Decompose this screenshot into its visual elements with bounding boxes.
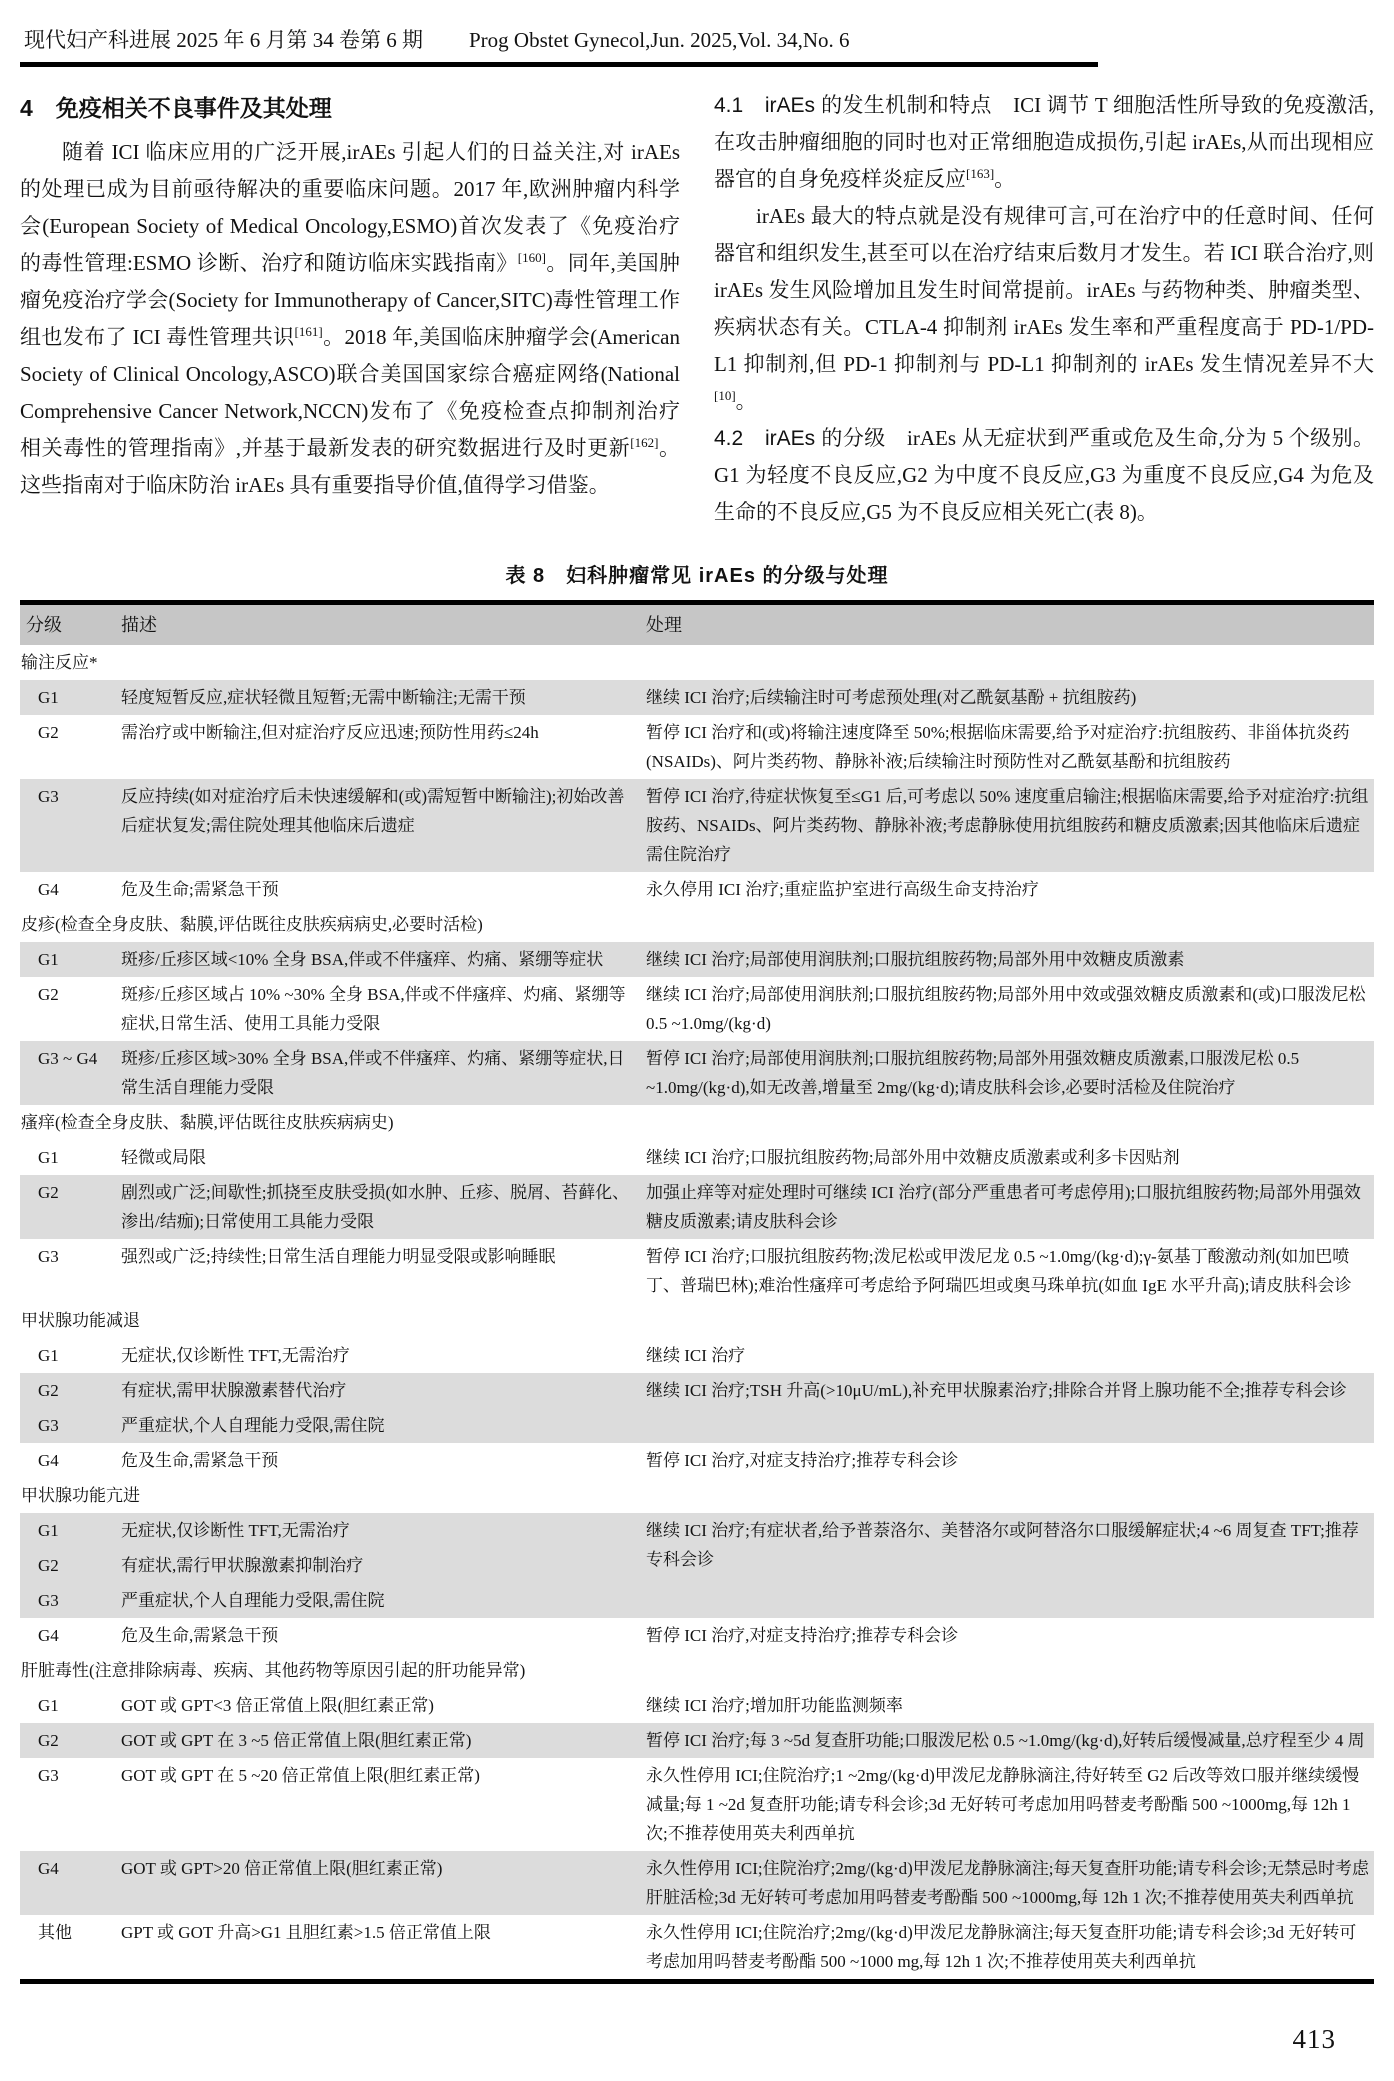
grade-cell: G3 xyxy=(20,1758,115,1851)
section-title: 皮疹(检查全身皮肤、黏膜,评估既往皮肤疾病病史,必要时活检) xyxy=(20,907,1374,942)
section-title: 甲状腺功能亢进 xyxy=(20,1478,1374,1513)
grade-row: G3强烈或广泛;持续性;日常生活自理能力明显受限或影响睡眠暂停 ICI 治疗;口… xyxy=(20,1239,1374,1303)
inline-heading: 4.1 irAEs 的发生机制和特点 xyxy=(714,94,992,117)
description-cell: 有症状,需甲状腺激素替代治疗 xyxy=(115,1373,640,1408)
journal-title-en: Prog Obstet Gynecol,Jun. 2025,Vol. 34,No… xyxy=(469,28,850,53)
citation-ref: [10] xyxy=(714,388,736,403)
running-header: 现代妇产科进展 2025 年 6 月第 34 卷第 6 期 Prog Obste… xyxy=(20,24,1374,54)
description-cell: 危及生命,需紧急干预 xyxy=(115,1618,640,1653)
description-cell: GOT 或 GPT<3 倍正常值上限(胆红素正常) xyxy=(115,1688,640,1723)
grade-cell: G1 xyxy=(20,942,115,977)
description-cell: 有症状,需行甲状腺激素抑制治疗 xyxy=(115,1548,640,1583)
grade-row: G2剧烈或广泛;间歇性;抓挠至皮肤受损(如水肿、丘疹、脱屑、苔藓化、渗出/结痂)… xyxy=(20,1175,1374,1239)
grade-row: G4危及生命,需紧急干预暂停 ICI 治疗,对症支持治疗;推荐专科会诊 xyxy=(20,1443,1374,1478)
column-header: 描述 xyxy=(115,603,640,646)
treatment-cell: 永久停用 ICI 治疗;重症监护室进行高级生命支持治疗 xyxy=(640,872,1374,907)
treatment-cell: 继续 ICI 治疗;局部使用润肤剂;口服抗组胺药物;局部外用中效糖皮质激素 xyxy=(640,942,1374,977)
grade-cell: G1 xyxy=(20,1688,115,1723)
grade-cell: G2 xyxy=(20,1548,115,1583)
grade-cell: G2 xyxy=(20,977,115,1041)
header-rule xyxy=(20,62,1098,67)
description-cell: 危及生命;需紧急干预 xyxy=(115,872,640,907)
treatment-cell: 暂停 ICI 治疗,对症支持治疗;推荐专科会诊 xyxy=(640,1618,1374,1653)
section-row: 皮疹(检查全身皮肤、黏膜,评估既往皮肤疾病病史,必要时活检) xyxy=(20,907,1374,942)
left-column: 4 免疫相关不良事件及其处理随着 ICI 临床应用的广泛开展,irAEs 引起人… xyxy=(20,87,680,531)
section-row: 输注反应* xyxy=(20,645,1374,680)
grade-cell: G1 xyxy=(20,1140,115,1175)
grade-row: G1无症状,仅诊断性 TFT,无需治疗继续 ICI 治疗 xyxy=(20,1338,1374,1373)
section-4-1-paragraph: 4.1 irAEs 的发生机制和特点 ICI 调节 T 细胞活性所导致的免疫激活… xyxy=(714,87,1374,198)
grade-cell: G2 xyxy=(20,1175,115,1239)
right-column: 4.1 irAEs 的发生机制和特点 ICI 调节 T 细胞活性所导致的免疫激活… xyxy=(714,87,1374,531)
grade-row: G3 ~ G4斑疹/丘疹区域>30% 全身 BSA,伴或不伴瘙痒、灼痛、紧绷等症… xyxy=(20,1041,1374,1105)
journal-page: 现代妇产科进展 2025 年 6 月第 34 卷第 6 期 Prog Obste… xyxy=(0,0,1394,2081)
treatment-cell: 暂停 ICI 治疗,待症状恢复至≤G1 后,可考虑以 50% 速度重启输注;根据… xyxy=(640,779,1374,872)
description-cell: 反应持续(如对症治疗后未快速缓解和(或)需短暂中断输注);初始改善后症状复发;需… xyxy=(115,779,640,872)
grade-row: G4GOT 或 GPT>20 倍正常值上限(胆红素正常)永久性停用 ICI;住院… xyxy=(20,1851,1374,1915)
article-body: 4 免疫相关不良事件及其处理随着 ICI 临床应用的广泛开展,irAEs 引起人… xyxy=(20,87,1374,531)
section-title: 肝脏毒性(注意排除病毒、疾病、其他药物等原因引起的肝功能异常) xyxy=(20,1653,1374,1688)
grade-cell: G1 xyxy=(20,1338,115,1373)
table-8-section: 表 8 妇科肿瘤常见 irAEs 的分级与处理 分级描述处理 输注反应*G1轻度… xyxy=(20,559,1374,1984)
description-cell: 轻微或局限 xyxy=(115,1140,640,1175)
description-cell: 斑疹/丘疹区域<10% 全身 BSA,伴或不伴瘙痒、灼痛、紧绷等症状 xyxy=(115,942,640,977)
treatment-cell: 暂停 ICI 治疗;每 3 ~5d 复查肝功能;口服泼尼松 0.5 ~1.0mg… xyxy=(640,1723,1374,1758)
treatment-cell: 加强止痒等对症处理时可继续 ICI 治疗(部分严重患者可考虑停用);口服抗组胺药… xyxy=(640,1175,1374,1239)
treatment-cell: 暂停 ICI 治疗和(或)将输注速度降至 50%;根据临床需要,给予对症治疗:抗… xyxy=(640,715,1374,779)
treatment-cell: 永久性停用 ICI;住院治疗;2mg/(kg·d)甲泼尼龙静脉滴注;每天复查肝功… xyxy=(640,1915,1374,1982)
citation-ref: [163] xyxy=(966,166,994,181)
grade-cell: G3 ~ G4 xyxy=(20,1041,115,1105)
text-run: 。 xyxy=(994,167,1015,191)
grade-cell: G4 xyxy=(20,1443,115,1478)
description-cell: 斑疹/丘疹区域>30% 全身 BSA,伴或不伴瘙痒、灼痛、紧绷等症状,日常生活自… xyxy=(115,1041,640,1105)
grade-cell: G1 xyxy=(20,680,115,715)
grade-cell: G4 xyxy=(20,1618,115,1653)
table-header-row: 分级描述处理 xyxy=(20,603,1374,646)
section-title: 瘙痒(检查全身皮肤、黏膜,评估既往皮肤疾病病史) xyxy=(20,1105,1374,1140)
grade-cell: G4 xyxy=(20,1851,115,1915)
description-cell: 斑疹/丘疹区域占 10% ~30% 全身 BSA,伴或不伴瘙痒、灼痛、紧绷等症状… xyxy=(115,977,640,1041)
section-4-paragraph: 随着 ICI 临床应用的广泛开展,irAEs 引起人们的日益关注,对 irAEs… xyxy=(20,134,680,504)
description-cell: GOT 或 GPT 在 3 ~5 倍正常值上限(胆红素正常) xyxy=(115,1723,640,1758)
description-cell: 剧烈或广泛;间歇性;抓挠至皮肤受损(如水肿、丘疹、脱屑、苔藓化、渗出/结痂);日… xyxy=(115,1175,640,1239)
treatment-cell: 继续 ICI 治疗;有症状者,给予普萘洛尔、美替洛尔或阿替洛尔口服缓解症状;4 … xyxy=(640,1513,1374,1618)
journal-title-cn: 现代妇产科进展 2025 年 6 月第 34 卷第 6 期 xyxy=(24,24,423,54)
irae-grading-table: 分级描述处理 输注反应*G1轻度短暂反应,症状轻微且短暂;无需中断输注;无需干预… xyxy=(20,600,1374,1984)
section-4-2-paragraph: 4.2 irAEs 的分级 irAEs 从无症状到严重或危及生命,分为 5 个级… xyxy=(714,420,1374,531)
grade-row: G3反应持续(如对症治疗后未快速缓解和(或)需短暂中断输注);初始改善后症状复发… xyxy=(20,779,1374,872)
grade-row: G1GOT 或 GPT<3 倍正常值上限(胆红素正常)继续 ICI 治疗;增加肝… xyxy=(20,1688,1374,1723)
description-cell: GOT 或 GPT>20 倍正常值上限(胆红素正常) xyxy=(115,1851,640,1915)
column-header: 分级 xyxy=(20,603,115,646)
treatment-cell: 继续 ICI 治疗;口服抗组胺药物;局部外用中效糖皮质激素或利多卡因贴剂 xyxy=(640,1140,1374,1175)
grade-cell: G3 xyxy=(20,1408,115,1443)
grade-cell: G3 xyxy=(20,1583,115,1618)
description-cell: GOT 或 GPT 在 5 ~20 倍正常值上限(胆红素正常) xyxy=(115,1758,640,1851)
grade-row: G4危及生命;需紧急干预永久停用 ICI 治疗;重症监护室进行高级生命支持治疗 xyxy=(20,872,1374,907)
treatment-cell: 暂停 ICI 治疗;口服抗组胺药物;泼尼松或甲泼尼龙 0.5 ~1.0mg/(k… xyxy=(640,1239,1374,1303)
section-title: 输注反应* xyxy=(20,645,1374,680)
citation-ref: [162] xyxy=(630,435,658,450)
text-run: irAEs 最大的特点就是没有规律可言,可在治疗中的任意时间、任何器官和组织发生… xyxy=(714,204,1374,376)
description-cell: 无症状,仅诊断性 TFT,无需治疗 xyxy=(115,1513,640,1548)
grade-row: G3GOT 或 GPT 在 5 ~20 倍正常值上限(胆红素正常)永久性停用 I… xyxy=(20,1758,1374,1851)
grade-cell: 其他 xyxy=(20,1915,115,1982)
grade-row: G2有症状,需甲状腺激素替代治疗继续 ICI 治疗;TSH 升高(>10μU/m… xyxy=(20,1373,1374,1408)
section-title: 甲状腺功能减退 xyxy=(20,1303,1374,1338)
grade-cell: G4 xyxy=(20,872,115,907)
treatment-cell: 暂停 ICI 治疗,对症支持治疗;推荐专科会诊 xyxy=(640,1443,1374,1478)
treatment-cell: 永久性停用 ICI;住院治疗;1 ~2mg/(kg·d)甲泼尼龙静脉滴注,待好转… xyxy=(640,1758,1374,1851)
description-cell: GPT 或 GOT 升高>G1 且胆红素>1.5 倍正常值上限 xyxy=(115,1915,640,1982)
description-cell: 危及生命,需紧急干预 xyxy=(115,1443,640,1478)
grade-row: G2斑疹/丘疹区域占 10% ~30% 全身 BSA,伴或不伴瘙痒、灼痛、紧绷等… xyxy=(20,977,1374,1041)
citation-ref: [161] xyxy=(295,324,323,339)
column-header: 处理 xyxy=(640,603,1374,646)
description-cell: 需治疗或中断输注,但对症治疗反应迅速;预防性用药≤24h xyxy=(115,715,640,779)
grade-row: G1斑疹/丘疹区域<10% 全身 BSA,伴或不伴瘙痒、灼痛、紧绷等症状继续 I… xyxy=(20,942,1374,977)
text-run: 4 免疫相关不良事件及其处理 xyxy=(20,95,332,121)
treatment-cell: 继续 ICI 治疗;TSH 升高(>10μU/mL),补充甲状腺素治疗;排除合并… xyxy=(640,1373,1374,1443)
table-caption: 表 8 妇科肿瘤常见 irAEs 的分级与处理 xyxy=(20,559,1374,588)
irae-features-paragraph: irAEs 最大的特点就是没有规律可言,可在治疗中的任意时间、任何器官和组织发生… xyxy=(714,198,1374,420)
grade-row: G1轻微或局限继续 ICI 治疗;口服抗组胺药物;局部外用中效糖皮质激素或利多卡… xyxy=(20,1140,1374,1175)
grade-cell: G2 xyxy=(20,1723,115,1758)
grade-row: G1无症状,仅诊断性 TFT,无需治疗继续 ICI 治疗;有症状者,给予普萘洛尔… xyxy=(20,1513,1374,1548)
inline-heading: 4.2 irAEs 的分级 xyxy=(714,427,886,450)
grade-cell: G2 xyxy=(20,1373,115,1408)
section-4-heading: 4 免疫相关不良事件及其处理 xyxy=(20,87,680,129)
grade-cell: G3 xyxy=(20,1239,115,1303)
section-row: 肝脏毒性(注意排除病毒、疾病、其他药物等原因引起的肝功能异常) xyxy=(20,1653,1374,1688)
grade-row: G4危及生命,需紧急干预暂停 ICI 治疗,对症支持治疗;推荐专科会诊 xyxy=(20,1618,1374,1653)
grade-row: 其他GPT 或 GOT 升高>G1 且胆红素>1.5 倍正常值上限永久性停用 I… xyxy=(20,1915,1374,1982)
section-row: 甲状腺功能亢进 xyxy=(20,1478,1374,1513)
grade-cell: G2 xyxy=(20,715,115,779)
description-cell: 轻度短暂反应,症状轻微且短暂;无需中断输注;无需干预 xyxy=(115,680,640,715)
section-row: 瘙痒(检查全身皮肤、黏膜,评估既往皮肤疾病病史) xyxy=(20,1105,1374,1140)
grade-cell: G3 xyxy=(20,779,115,872)
grade-row: G2GOT 或 GPT 在 3 ~5 倍正常值上限(胆红素正常)暂停 ICI 治… xyxy=(20,1723,1374,1758)
description-cell: 强烈或广泛;持续性;日常生活自理能力明显受限或影响睡眠 xyxy=(115,1239,640,1303)
text-run: 。 xyxy=(736,389,757,413)
treatment-cell: 暂停 ICI 治疗;局部使用润肤剂;口服抗组胺药物;局部外用强效糖皮质激素,口服… xyxy=(640,1041,1374,1105)
treatment-cell: 继续 ICI 治疗;局部使用润肤剂;口服抗组胺药物;局部外用中效或强效糖皮质激素… xyxy=(640,977,1374,1041)
description-cell: 无症状,仅诊断性 TFT,无需治疗 xyxy=(115,1338,640,1373)
treatment-cell: 永久性停用 ICI;住院治疗;2mg/(kg·d)甲泼尼龙静脉滴注;每天复查肝功… xyxy=(640,1851,1374,1915)
treatment-cell: 继续 ICI 治疗;增加肝功能监测频率 xyxy=(640,1688,1374,1723)
section-row: 甲状腺功能减退 xyxy=(20,1303,1374,1338)
grade-row: G1轻度短暂反应,症状轻微且短暂;无需中断输注;无需干预继续 ICI 治疗;后续… xyxy=(20,680,1374,715)
grade-row: G2需治疗或中断输注,但对症治疗反应迅速;预防性用药≤24h暂停 ICI 治疗和… xyxy=(20,715,1374,779)
citation-ref: [160] xyxy=(518,250,546,265)
description-cell: 严重症状,个人自理能力受限,需住院 xyxy=(115,1583,640,1618)
treatment-cell: 继续 ICI 治疗;后续输注时可考虑预处理(对乙酰氨基酚 + 抗组胺药) xyxy=(640,680,1374,715)
description-cell: 严重症状,个人自理能力受限,需住院 xyxy=(115,1408,640,1443)
treatment-cell: 继续 ICI 治疗 xyxy=(640,1338,1374,1373)
grade-cell: G1 xyxy=(20,1513,115,1548)
page-number: 413 xyxy=(1293,2024,1337,2055)
